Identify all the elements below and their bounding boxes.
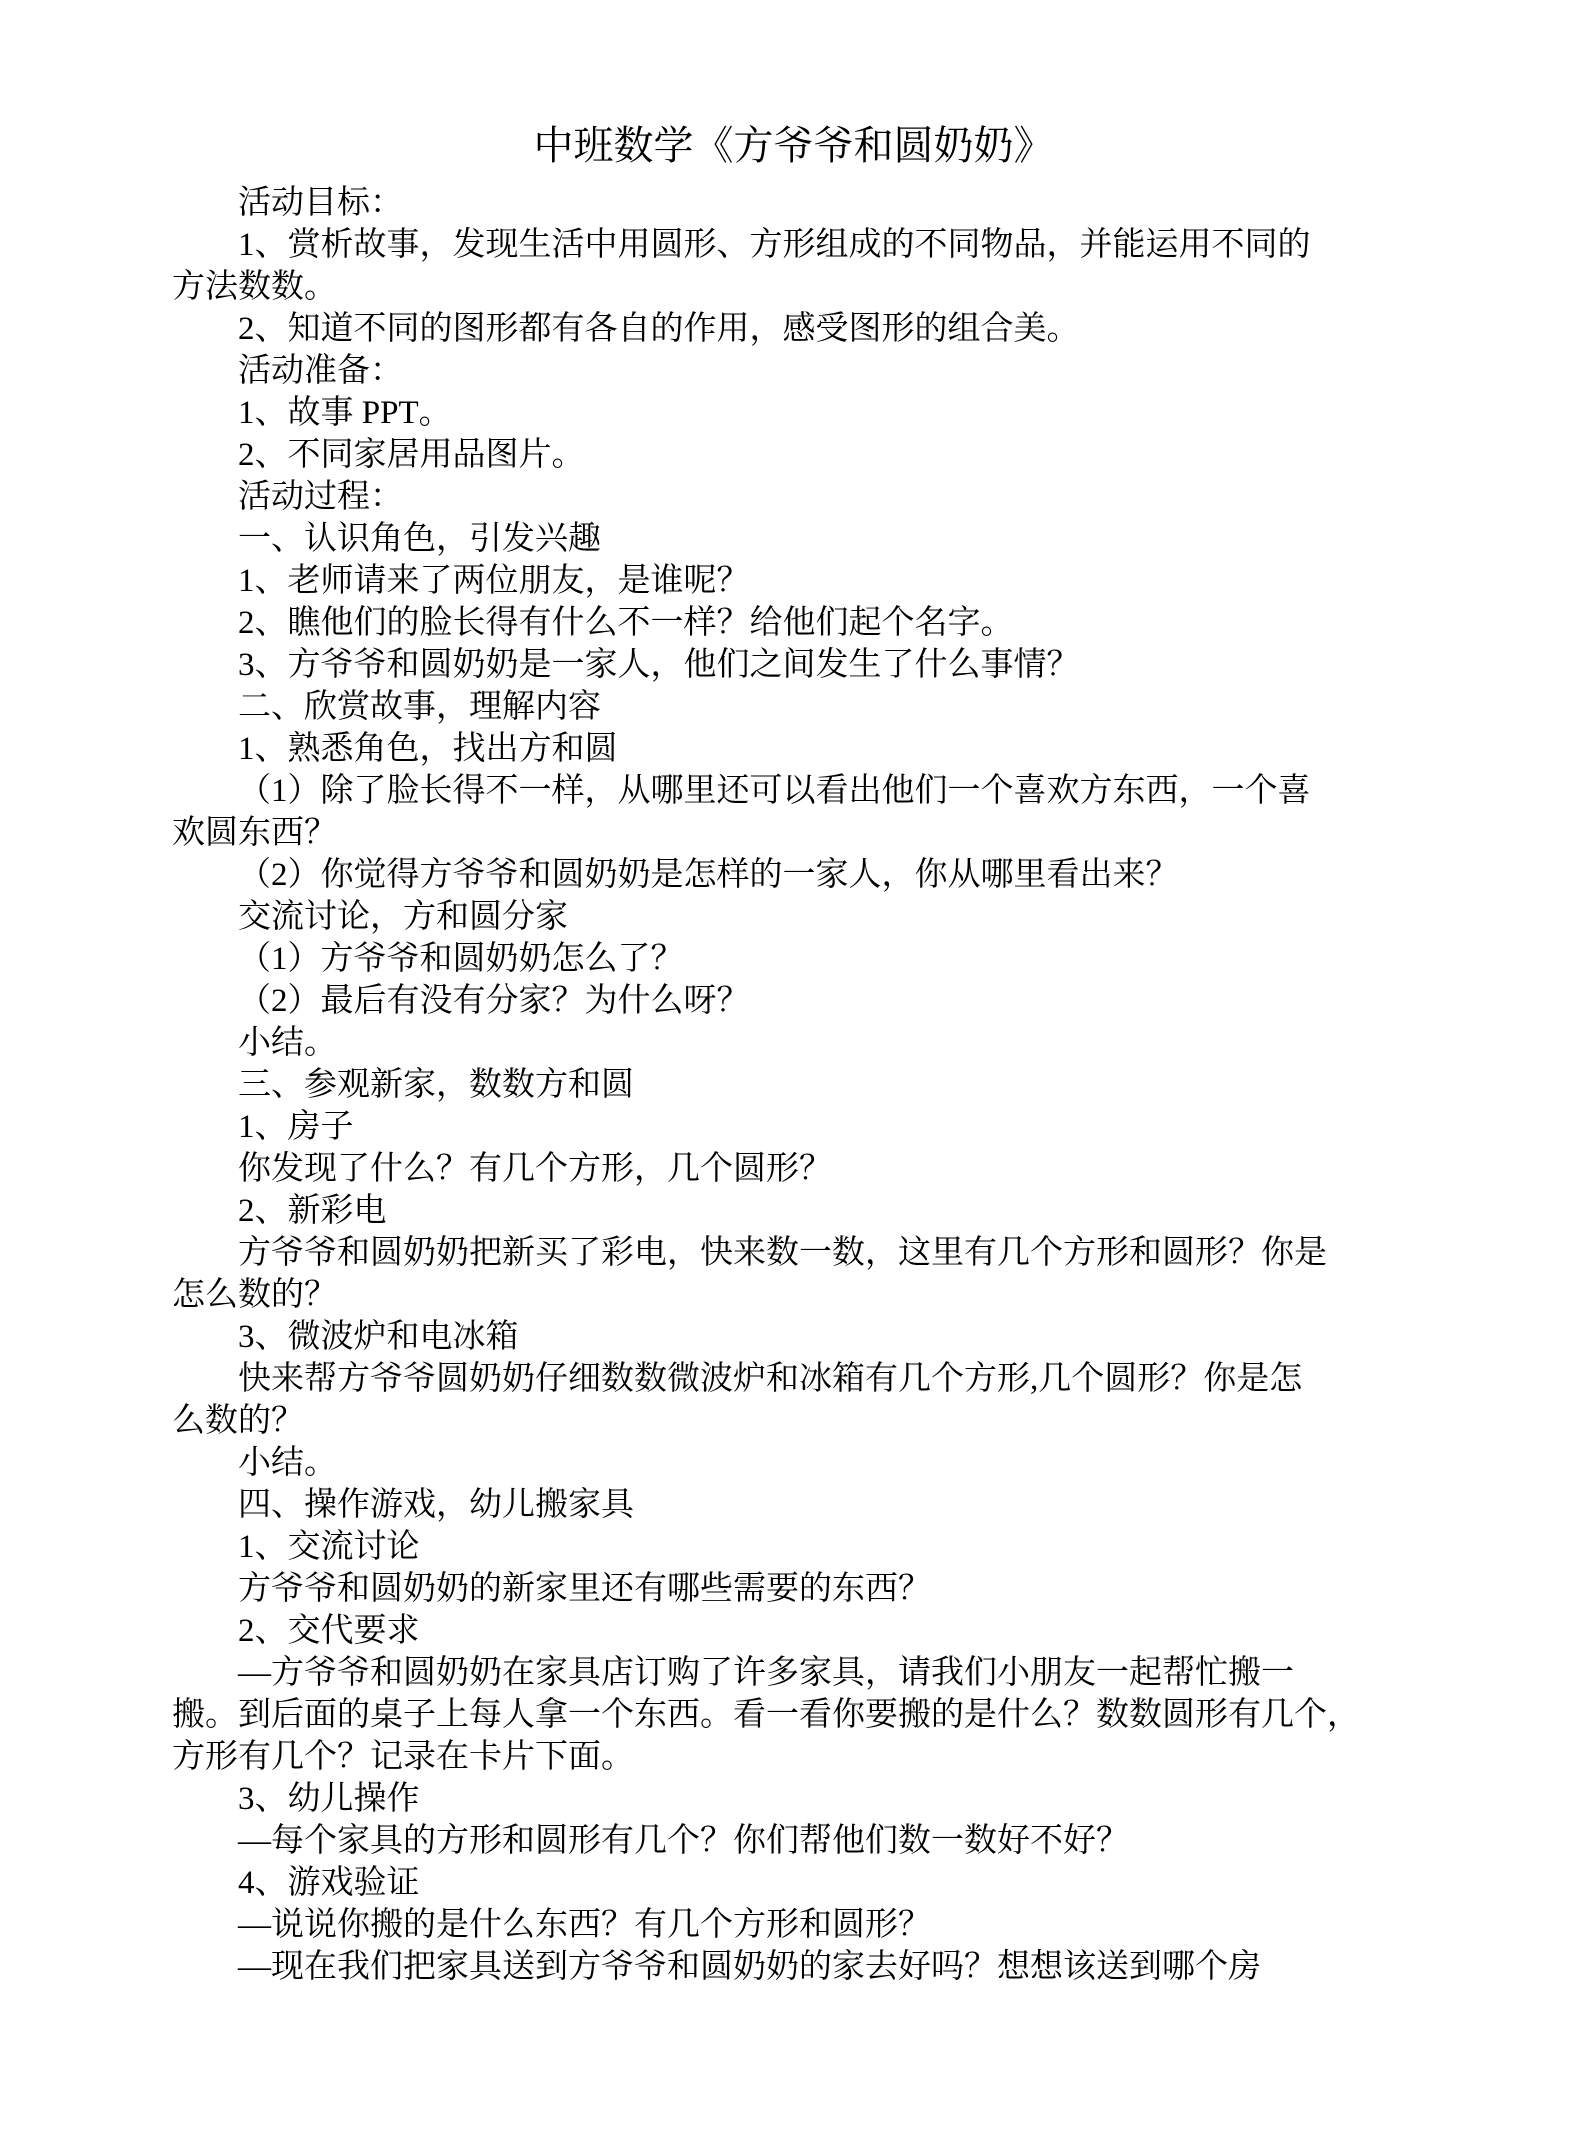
document-title: 中班数学《方爷爷和圆奶奶》 [172, 120, 1415, 172]
text-line: 方法数数。 [172, 266, 1415, 308]
text-line: 活动过程： [172, 476, 1415, 518]
text-line: 小结。 [172, 1442, 1415, 1484]
text-line: 方爷爷和圆奶奶把新买了彩电，快来数一数，这里有几个方形和圆形？你是 [172, 1232, 1415, 1274]
text-line: 1、交流讨论 [172, 1526, 1415, 1568]
text-line: 搬。到后面的桌子上每人拿一个东西。看一看你要搬的是什么？数数圆形有几个， [172, 1694, 1415, 1736]
text-line: 2、知道不同的图形都有各自的作用，感受图形的组合美。 [172, 308, 1415, 350]
text-line: 1、房子 [172, 1106, 1415, 1148]
text-line: 3、幼儿操作 [172, 1778, 1415, 1820]
text-line: 一、认识角色，引发兴趣 [172, 518, 1415, 560]
text-line: 活动准备： [172, 350, 1415, 392]
text-line: 3、方爷爷和圆奶奶是一家人，他们之间发生了什么事情？ [172, 644, 1415, 686]
text-line: （2）最后有没有分家？为什么呀？ [172, 980, 1415, 1022]
text-line: （1）方爷爷和圆奶奶怎么了？ [172, 938, 1415, 980]
text-line: 3、微波炉和电冰箱 [172, 1316, 1415, 1358]
text-line: 1、熟悉角色，找出方和圆 [172, 728, 1415, 770]
text-line: 你发现了什么？有几个方形，几个圆形？ [172, 1148, 1415, 1190]
document-page: 中班数学《方爷爷和圆奶奶》 活动目标：1、赏析故事，发现生活中用圆形、方形组成的… [0, 0, 1587, 2138]
text-line: 活动目标： [172, 182, 1415, 224]
text-line: —方爷爷和圆奶奶在家具店订购了许多家具，请我们小朋友一起帮忙搬一 [172, 1652, 1415, 1694]
text-line: 方形有几个？记录在卡片下面。 [172, 1736, 1415, 1778]
text-line: 2、不同家居用品图片。 [172, 434, 1415, 476]
text-line: 四、操作游戏，幼儿搬家具 [172, 1484, 1415, 1526]
text-line: （1）除了脸长得不一样，从哪里还可以看出他们一个喜欢方东西，一个喜 [172, 770, 1415, 812]
text-line: 1、老师请来了两位朋友，是谁呢？ [172, 560, 1415, 602]
text-line: 2、新彩电 [172, 1190, 1415, 1232]
text-line: 三、参观新家，数数方和圆 [172, 1064, 1415, 1106]
document-body: 活动目标：1、赏析故事，发现生活中用圆形、方形组成的不同物品，并能运用不同的方法… [172, 182, 1415, 1988]
text-line: 2、交代要求 [172, 1610, 1415, 1652]
text-line: 1、赏析故事，发现生活中用圆形、方形组成的不同物品，并能运用不同的 [172, 224, 1415, 266]
text-line: 2、瞧他们的脸长得有什么不一样？给他们起个名字。 [172, 602, 1415, 644]
text-line: —每个家具的方形和圆形有几个？你们帮他们数一数好不好？ [172, 1820, 1415, 1862]
text-line: 1、故事 PPT。 [172, 392, 1415, 434]
text-line: —说说你搬的是什么东西？有几个方形和圆形？ [172, 1904, 1415, 1946]
text-line: 交流讨论，方和圆分家 [172, 896, 1415, 938]
text-line: 二、欣赏故事，理解内容 [172, 686, 1415, 728]
text-line: 么数的？ [172, 1400, 1415, 1442]
text-line: 4、游戏验证 [172, 1862, 1415, 1904]
text-line: （2）你觉得方爷爷和圆奶奶是怎样的一家人，你从哪里看出来？ [172, 854, 1415, 896]
text-line: —现在我们把家具送到方爷爷和圆奶奶的家去好吗？想想该送到哪个房 [172, 1946, 1415, 1988]
text-line: 方爷爷和圆奶奶的新家里还有哪些需要的东西？ [172, 1568, 1415, 1610]
text-line: 欢圆东西？ [172, 812, 1415, 854]
text-line: 怎么数的？ [172, 1274, 1415, 1316]
text-line: 小结。 [172, 1022, 1415, 1064]
text-line: 快来帮方爷爷圆奶奶仔细数数微波炉和冰箱有几个方形,几个圆形？你是怎 [172, 1358, 1415, 1400]
